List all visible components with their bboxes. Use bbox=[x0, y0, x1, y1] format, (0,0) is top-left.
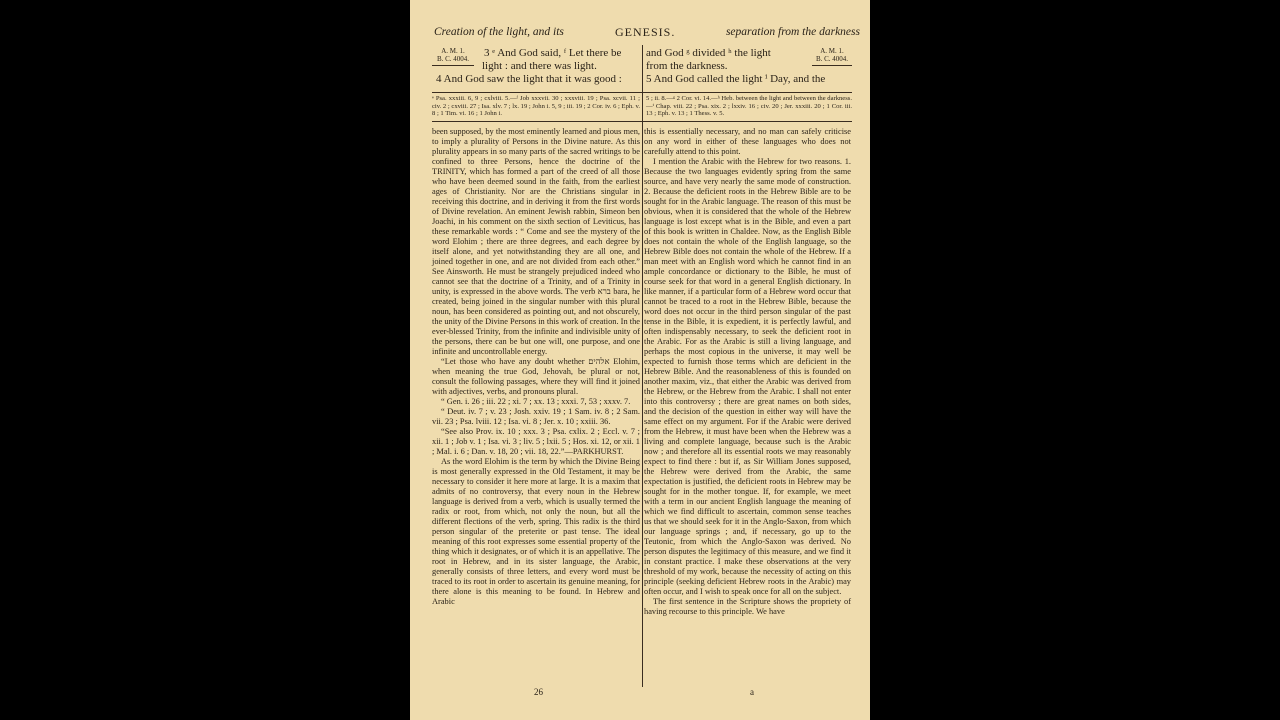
signature-mark: a bbox=[750, 687, 754, 697]
scripture-reference-list: “ Gen. i. 26 ; iii. 22 ; xi. 7 ; xx. 13 … bbox=[432, 397, 640, 407]
commentary-paragraph: As the word Elohim is the term by which … bbox=[432, 457, 640, 607]
commentary-paragraph: “Let those who have any doubt whether אל… bbox=[432, 357, 640, 397]
commentary-column-right: this is essentially necessary, and no ma… bbox=[644, 127, 851, 617]
verse-line: and God ᵍ divided ʰ the light bbox=[646, 47, 771, 60]
verse-line: light : and there was light. bbox=[482, 60, 597, 73]
commentary-paragraph: this is essentially necessary, and no ma… bbox=[644, 127, 851, 157]
running-head-left: Creation of the light, and its bbox=[434, 26, 564, 38]
verse-line: 4 And God saw the light that it was good… bbox=[436, 73, 622, 86]
commentary-paragraph: The first sentence in the Scripture show… bbox=[644, 597, 851, 617]
chronology-marginal-right: A. M. 1. B. C. 4004. bbox=[812, 48, 852, 66]
chronology-marginal-left: A. M. 1. B. C. 4004. bbox=[432, 48, 474, 66]
scripture-reference-list: “ Deut. iv. 7 ; v. 23 ; Josh. xxiv. 19 ;… bbox=[432, 407, 640, 427]
page-number: 26 bbox=[534, 687, 543, 697]
before-christ: B. C. 4004. bbox=[812, 56, 852, 64]
scripture-reference-list: “See also Prov. ix. 10 ; xxx. 3 ; Psa. c… bbox=[432, 427, 640, 457]
before-christ: B. C. 4004. bbox=[432, 56, 474, 64]
verse-line: 5 And God called the light ⁱ Day, and th… bbox=[646, 73, 825, 86]
verse-line: 3 ᵉ And God said, ᶠ Let there be bbox=[484, 47, 621, 60]
cross-references-right: 5 ; ii. 8.—ᵍ 2 Cor. vi. 14.—ʰ Heb. betwe… bbox=[646, 95, 852, 118]
book-page: Creation of the light, and its GENESIS. … bbox=[410, 0, 870, 720]
commentary-paragraph: I mention the Arabic with the Hebrew for… bbox=[644, 157, 851, 597]
book-title: GENESIS. bbox=[615, 25, 675, 40]
running-head-right: separation from the darkness bbox=[726, 26, 860, 38]
commentary-paragraph: been supposed, by the most eminently lea… bbox=[432, 127, 640, 357]
running-head: Creation of the light, and its GENESIS. … bbox=[434, 26, 860, 42]
verse-line: from the darkness. bbox=[646, 60, 728, 73]
cross-references-left: ᵉ Psa. xxxiii. 6, 9 ; cxlviii. 5.—ᶠ Job … bbox=[432, 95, 640, 118]
commentary-column-left: been supposed, by the most eminently lea… bbox=[432, 127, 640, 607]
column-divider bbox=[642, 45, 643, 687]
